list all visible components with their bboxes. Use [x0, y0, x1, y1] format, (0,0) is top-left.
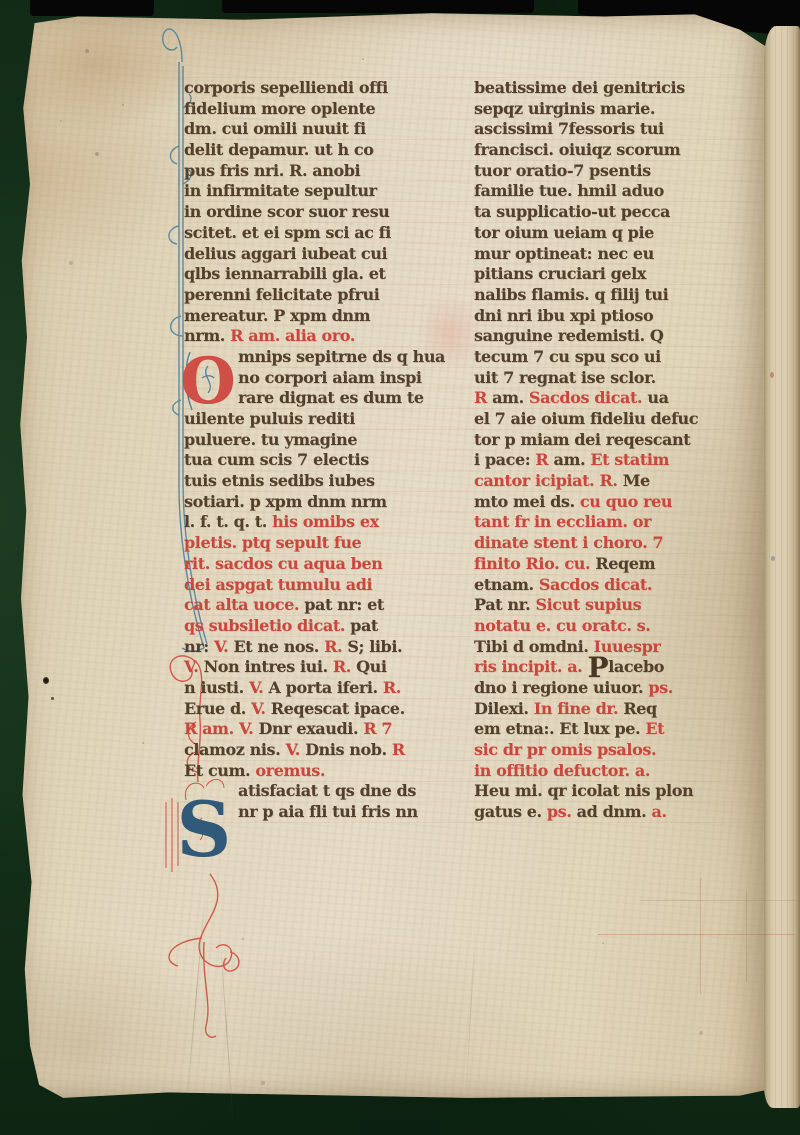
manuscript-photo: O S corporis sepelliendi offifidelium mo… [0, 0, 800, 1135]
text-line: mnips sepitrne ds q hua [184, 347, 460, 368]
ink-segment: rare dignat es dum te [238, 388, 424, 407]
ink-segment: Et statim [590, 450, 669, 469]
ink-segment: Erue d. [184, 699, 251, 718]
background-shadow-bar [222, 0, 534, 13]
ink-segment: Pat nr. [474, 595, 535, 614]
ink-segment: dm. cui omili nuuit fi [184, 119, 366, 138]
ink-segment: no corpori aiam inspi [238, 368, 422, 387]
ink-segment: in infirmitate sepultur [184, 181, 377, 200]
ink-segment: V. [251, 699, 271, 718]
text-line: no corpori aiam inspi [184, 368, 460, 389]
text-line: scitet. et ei spm sci ac fi [184, 223, 460, 244]
text-line: nr: V. Et ne nos. R. S; libi. [184, 637, 460, 658]
text-line: nrm. R am. alia oro. [184, 326, 460, 347]
ink-segment: tua cum scis 7 electis [184, 450, 369, 469]
ink-segment: mur optineat: nec eu [474, 244, 654, 263]
ink-segment: V. [184, 657, 204, 676]
ink-segment: V. [214, 637, 234, 656]
ink-segment: tuor oratio-7 psentis [474, 161, 651, 180]
ink-segment: nr p aia fli tui fris nn [238, 802, 418, 821]
book-fore-edge [764, 26, 800, 1108]
text-line: qlbs iennarrabili gla. et [184, 264, 460, 285]
ink-segment: Et cum. [184, 761, 255, 780]
text-line: Tibi d omdni. Iuuespr [474, 637, 766, 658]
ink-spot [51, 697, 54, 700]
ink-segment: pitians cruciari gelx [474, 264, 646, 283]
ink-segment: Tibi d omdni. [474, 637, 594, 656]
text-line: dei aspgat tumulu adi [184, 575, 460, 596]
text-line: tor oium ueiam q pie [474, 223, 766, 244]
ink-segment: nrm. [184, 326, 230, 345]
text-line: beatissime dei genitricis [474, 78, 766, 99]
text-line: notatu e. cu oratc. s. [474, 616, 766, 637]
text-line: sanguine redemisti. Q [474, 326, 766, 347]
text-line: V. Non intres iui. R. Qui [184, 657, 460, 678]
text-line: Erue d. V. Reqescat ipace. [184, 699, 460, 720]
text-column-right: beatissime dei genitricissepqz uirginis … [474, 78, 766, 823]
ink-segment: i pace: [474, 450, 535, 469]
ink-segment: R 7 [363, 719, 392, 738]
ink-segment: ua [647, 388, 668, 407]
ink-segment: scitet. et ei spm sci ac fi [184, 223, 391, 242]
ink-segment: qlbs iennarrabili gla. et [184, 264, 386, 283]
ink-segment: notatu e. cu oratc. s. [474, 616, 650, 635]
text-line: cantor icipiat. R. Me [474, 471, 766, 492]
ink-segment: S; libi. [347, 637, 402, 656]
text-line: em etna:. Et lux pe. Et [474, 719, 766, 740]
ink-segment: tor p miam dei reqescant [474, 430, 690, 449]
text-line: nalibs flamis. q filij tui [474, 285, 766, 306]
text-line: R am. V. Dnr exaudi. R 7 [184, 719, 460, 740]
ink-segment: Sicut supius [535, 595, 641, 614]
text-line: sepqz uirginis marie. [474, 99, 766, 120]
ink-segment: Et [645, 719, 664, 738]
ink-segment: sotiari. p xpm dnm nrm [184, 492, 387, 511]
ink-segment: francisci. oiuiqz scorum [474, 140, 680, 159]
ink-segment: Non intres iui. [204, 657, 333, 676]
text-line: delit depamur. ut h co [184, 140, 460, 161]
text-line: perenni felicitate pfrui [184, 285, 460, 306]
ink-segment: ad dnm. [577, 802, 652, 821]
ink-segment: pletis. ptq sepult fue [184, 533, 361, 552]
text-line: fidelium more oplente [184, 99, 460, 120]
ink-segment: dei aspgat tumulu adi [184, 575, 372, 594]
ink-segment: qs subsiletio dicat. [184, 616, 350, 635]
ink-segment: lacebo [608, 657, 664, 676]
ink-segment: Sacdos dicat. [539, 575, 652, 594]
ink-segment: Qui [356, 657, 386, 676]
ink-segment: R. [333, 657, 356, 676]
ink-segment: sepqz uirginis marie. [474, 99, 655, 118]
text-line: pletis. ptq sepult fue [184, 533, 460, 554]
ink-segment: cu quo reu [580, 492, 672, 511]
ink-segment: pat nr: et [304, 595, 384, 614]
ink-segment: V. [249, 678, 269, 697]
ink-segment: pus fris nri. R. anobi [184, 161, 360, 180]
ink-segment: ris incipit. a. [474, 657, 588, 676]
ink-segment: dinate stent i choro. 7 [474, 533, 663, 552]
text-line: Et cum. oremus. [184, 761, 460, 782]
ink-segment: delit depamur. ut h co [184, 140, 373, 159]
text-line: delius aggari iubeat cui [184, 244, 460, 265]
text-line: in offitio defuctor. a. [474, 761, 766, 782]
ink-segment: in ordine scor suor resu [184, 202, 389, 221]
ink-segment: R [474, 388, 492, 407]
text-line: corporis sepelliendi offi [184, 78, 460, 99]
ink-segment: Et ne nos. [234, 637, 325, 656]
text-line: rit. sacdos cu aqua ben [184, 554, 460, 575]
ink-segment: his omibs ex [272, 512, 379, 531]
text-line: in infirmitate sepultur [184, 181, 460, 202]
ink-segment: dno i regione uiuor. [474, 678, 648, 697]
text-line: Heu mi. qr icolat nis plon [474, 781, 766, 802]
ink-segment: R am. V. [184, 719, 258, 738]
text-line: el 7 aie oium fideliu defuc [474, 409, 766, 430]
text-line: uilente puluis rediti [184, 409, 460, 430]
ink-segment: puluere. tu ymagine [184, 430, 357, 449]
text-line: tant fr in eccliam. or [474, 512, 766, 533]
text-line: tor p miam dei reqescant [474, 430, 766, 451]
ink-segment: beatissime dei genitricis [474, 78, 685, 97]
background-shadow-bar [30, 0, 154, 16]
text-line: n iusti. V. A porta iferi. R. [184, 678, 460, 699]
ink-segment: nalibs flamis. q filij tui [474, 285, 668, 304]
ink-segment: R [392, 740, 405, 759]
text-line: francisci. oiuiqz scorum [474, 140, 766, 161]
ink-segment: fidelium more oplente [184, 99, 375, 118]
text-line: dinate stent i choro. 7 [474, 533, 766, 554]
ink-segment: atisfaciat t qs dne ds [238, 781, 416, 800]
ink-segment: tor oium ueiam q pie [474, 223, 654, 242]
ink-segment: R. [383, 678, 401, 697]
text-line: tuor oratio-7 psentis [474, 161, 766, 182]
text-line: in ordine scor suor resu [184, 202, 460, 223]
text-line: pitians cruciari gelx [474, 264, 766, 285]
ink-segment: dni nri ibu xpi ptioso [474, 306, 653, 325]
ink-segment: familie tue. hmil aduo [474, 181, 664, 200]
ink-segment: el 7 aie oium fideliu defuc [474, 409, 698, 428]
ink-segment: am. [492, 388, 529, 407]
text-line: gatus e. ps. ad dnm. a. [474, 802, 766, 823]
text-line: dno i regione uiuor. ps. [474, 678, 766, 699]
ink-segment: delius aggari iubeat cui [184, 244, 387, 263]
ink-segment: oremus. [255, 761, 325, 780]
ink-segment: A porta iferi. [269, 678, 383, 697]
fore-edge-speck [770, 372, 774, 378]
ink-segment: em etna:. Et lux pe. [474, 719, 645, 738]
text-line: qs subsiletio dicat. pat [184, 616, 460, 637]
ink-segment: mnips sepitrne ds q hua [238, 347, 445, 366]
ink-segment: ps. [648, 678, 673, 697]
ink-segment: tant fr in eccliam. or [474, 512, 651, 531]
ink-segment: gatus e. [474, 802, 547, 821]
ink-segment: V. [286, 740, 306, 759]
ink-segment: mereatur. P xpm dnm [184, 306, 370, 325]
ink-segment: finito Rio. cu. [474, 554, 595, 573]
ink-segment: R [535, 450, 553, 469]
text-line: tecum 7 cu spu sco ui [474, 347, 766, 368]
ink-segment: Dnis nob. [305, 740, 392, 759]
text-line: uit 7 regnat ise sclor. [474, 368, 766, 389]
text-line: sotiari. p xpm dnm nrm [184, 492, 460, 513]
text-line: nr p aia fli tui fris nn [184, 802, 460, 823]
ink-segment: l. f. t. q. t. [184, 512, 272, 531]
ink-segment: Me [623, 471, 650, 490]
ink-segment: Reqem [595, 554, 655, 573]
ink-segment: clamoz nis. [184, 740, 286, 759]
ink-segment: R am. alia oro. [230, 326, 355, 345]
text-line: ta supplicatio-ut pecca [474, 202, 766, 223]
ink-segment: nr: [184, 637, 214, 656]
text-line: tuis etnis sedibs iubes [184, 471, 460, 492]
ink-segment: in offitio defuctor. a. [474, 761, 650, 780]
ink-segment: sic dr pr omis psalos. [474, 740, 656, 759]
text-line: familie tue. hmil aduo [474, 181, 766, 202]
text-line: R am. Sacdos dicat. ua [474, 388, 766, 409]
ink-segment: n iusti. [184, 678, 249, 697]
text-line: dni nri ibu xpi ptioso [474, 306, 766, 327]
foxing-specks [0, 0, 2, 2]
ink-segment: uit 7 regnat ise sclor. [474, 368, 656, 387]
text-line: sic dr pr omis psalos. [474, 740, 766, 761]
ink-segment: tecum 7 cu spu sco ui [474, 347, 661, 366]
ink-segment: uilente puluis rediti [184, 409, 355, 428]
text-line: mur optineat: nec eu [474, 244, 766, 265]
ink-segment: pat [350, 616, 378, 635]
ink-segment: ps. [547, 802, 577, 821]
ink-segment: a. [651, 802, 666, 821]
ink-segment: Dilexi. [474, 699, 534, 718]
ink-segment: ascissimi 7fessoris tui [474, 119, 664, 138]
text-line: mereatur. P xpm dnm [184, 306, 460, 327]
text-line: finito Rio. cu. Reqem [474, 554, 766, 575]
text-line: mto mei ds. cu quo reu [474, 492, 766, 513]
ink-segment: Reqescat ipace. [271, 699, 405, 718]
text-column-left: corporis sepelliendi offifidelium more o… [184, 78, 460, 823]
ink-spot [43, 677, 49, 684]
fore-edge-speck [771, 556, 775, 561]
ink-segment: perenni felicitate pfrui [184, 285, 379, 304]
ink-segment: cat alta uoce. [184, 595, 304, 614]
ink-segment: tuis etnis sedibs iubes [184, 471, 375, 490]
text-line: dm. cui omili nuuit fi [184, 119, 460, 140]
ink-segment: Heu mi. qr icolat nis plon [474, 781, 693, 800]
text-line: tua cum scis 7 electis [184, 450, 460, 471]
text-line: cat alta uoce. pat nr: et [184, 595, 460, 616]
text-line: ascissimi 7fessoris tui [474, 119, 766, 140]
ink-segment: Sacdos dicat. [529, 388, 647, 407]
ink-segment: Req [623, 699, 656, 718]
text-line: rare dignat es dum te [184, 388, 460, 409]
ink-segment: Dnr exaudi. [258, 719, 363, 738]
text-line: Pat nr. Sicut supius [474, 595, 766, 616]
text-line: pus fris nri. R. anobi [184, 161, 460, 182]
ink-segment: rit. sacdos cu aqua ben [184, 554, 382, 573]
ink-segment: R. [324, 637, 347, 656]
text-line: clamoz nis. V. Dnis nob. R [184, 740, 460, 761]
text-line: ris incipit. a. Placebo [474, 657, 766, 678]
ink-segment: sanguine redemisti. Q [474, 326, 663, 345]
text-line: i pace: R am. Et statim [474, 450, 766, 471]
text-line: etnam. Sacdos dicat. [474, 575, 766, 596]
ink-segment: corporis sepelliendi offi [184, 78, 388, 97]
ink-segment: ta supplicatio-ut pecca [474, 202, 670, 221]
ink-segment: In fine dr. [534, 699, 624, 718]
ink-segment: am. [553, 450, 590, 469]
text-line: atisfaciat t qs dne ds [184, 781, 460, 802]
text-line: l. f. t. q. t. his omibs ex [184, 512, 460, 533]
text-line: puluere. tu ymagine [184, 430, 460, 451]
ink-segment: mto mei ds. [474, 492, 580, 511]
ink-segment: etnam. [474, 575, 539, 594]
text-line: Dilexi. In fine dr. Req [474, 699, 766, 720]
ink-segment: cantor icipiat. R. [474, 471, 623, 490]
